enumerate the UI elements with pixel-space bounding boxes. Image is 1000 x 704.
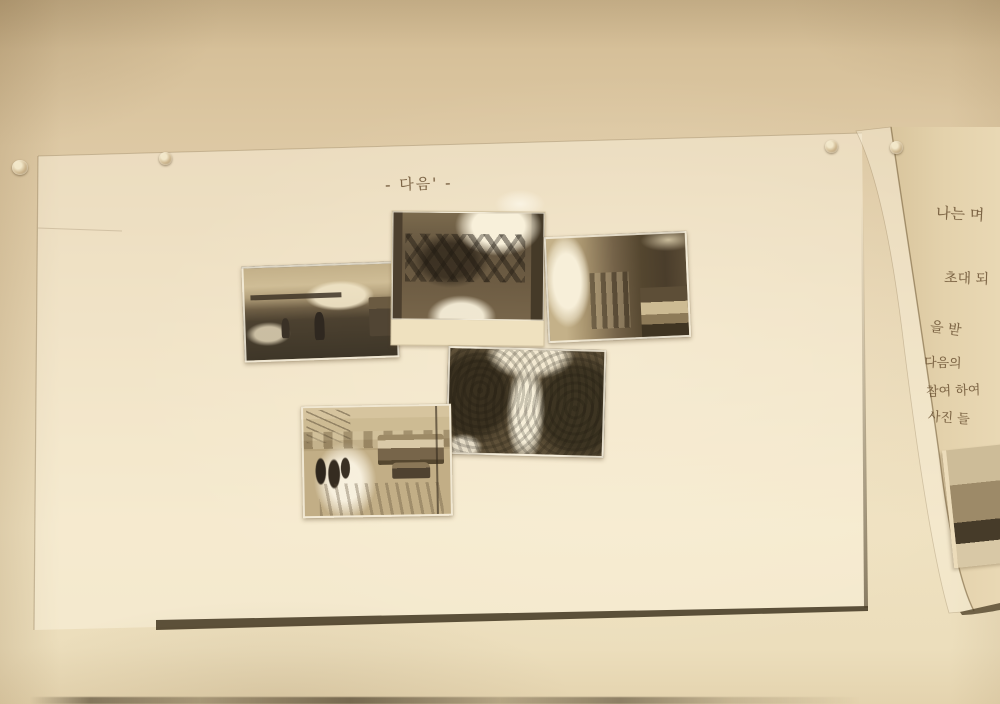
note-line-5: 참여 하여 — [926, 379, 981, 400]
photo-street-bus — [301, 404, 453, 519]
archival-photograph: 나는 며 초대 되 을 받 다음의 참여 하여 사진 들 - 다음' - — [0, 0, 1000, 704]
girder-truss-texture — [405, 234, 525, 283]
foliage-texture — [448, 348, 605, 456]
building-facade — [640, 286, 689, 337]
market-stalls — [589, 271, 630, 329]
thumbtack-right-page-b — [890, 141, 903, 154]
note-line-3: 을 받 — [929, 316, 963, 340]
photo-backing-patch — [390, 210, 545, 346]
bus — [378, 434, 444, 465]
thumbtack-right-page-a — [825, 140, 838, 153]
note-line-4: 다음의 — [924, 351, 962, 371]
thumbtack-sheet-top — [159, 152, 172, 165]
photo-street-overpass — [241, 261, 399, 362]
photo-stream-path — [446, 346, 607, 458]
note-line-6: 사진 들 — [927, 406, 970, 428]
photo-market-alley — [544, 231, 691, 343]
note-line-1: 나는 며 — [935, 202, 984, 225]
pedestrian-figure — [281, 318, 289, 338]
ground-shadows — [319, 481, 444, 516]
thumbtack-left-edge — [12, 160, 28, 175]
photo-bridge-girders — [392, 211, 545, 320]
car — [392, 462, 430, 479]
pedestrian-figure — [314, 312, 324, 340]
title-annotation: - 다음' - — [385, 172, 453, 195]
note-line-2: 초대 되 — [944, 267, 990, 289]
film-edge-band — [0, 697, 1000, 704]
overpass-deck — [250, 292, 341, 301]
